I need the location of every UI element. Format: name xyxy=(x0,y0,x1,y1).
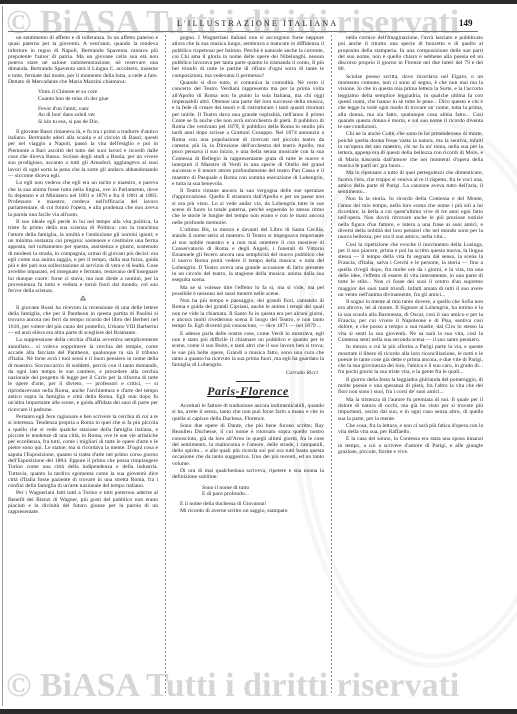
article-signature: Corrado Ricci xyxy=(172,370,318,376)
paragraph: Ma in ripensare a tutto di quei pettegol… xyxy=(338,170,483,195)
header-rule xyxy=(8,31,478,32)
paragraph: E adesso parla delle nostre cose, come V… xyxy=(172,331,324,369)
paragraph: Di ora di mai qualcheduna scriveva, ripe… xyxy=(172,468,324,481)
paragraph: Il giovane Rossi ha ricevuto la recensio… xyxy=(8,305,158,336)
paragraph: Non fa la storia. Io ricordo della Conte… xyxy=(338,196,483,240)
paragraph: Il sogno in mente al mio tanto dovere, a… xyxy=(338,299,483,343)
paragraph: Ma la tristezza di l'autore fu premiata … xyxy=(338,397,483,422)
paragraph: Che cosa, fra la lettura, e non ci sarà … xyxy=(338,423,483,436)
paragraph: Sono due opere di Dante, che più bene fu… xyxy=(172,423,324,467)
paragraph: un sentimento di affetto e di tolleranza… xyxy=(8,35,158,85)
paragraph: In mezzo a cui la più sfiorita a Parigi … xyxy=(338,344,483,375)
column-divider-1 xyxy=(165,35,166,695)
paragraph: Il Teatro rimane ancora la sua vergogna … xyxy=(172,188,324,226)
paragraph: L'ultimo Bis, in mezzo e davanti del Lib… xyxy=(172,227,324,284)
column-3: nella cornice dell'Imaginazione, l'avrà … xyxy=(338,35,483,456)
paragraph: Ma se si volesse dire l'effetto lo fa sì… xyxy=(172,285,324,298)
verse-line: Si kin tu eus, si pas de Dio. xyxy=(38,119,158,125)
paragraph: Quando si dice tutto, si comunica la com… xyxy=(172,80,324,187)
paragraph: Per i Wagneriani fatti tutti a Torino e … xyxy=(8,490,158,515)
copyright-watermark-bottom: © BiASA Tutti i diritti riservati xyxy=(6,667,459,705)
verse-stanza-2: Fevor d'un l'amit, vanc Au di bon' dans … xyxy=(38,106,158,125)
page-binding-edge xyxy=(2,6,3,706)
paragraph: Accettati le fatture di traduzione ancor… xyxy=(172,403,324,422)
ornament-rule xyxy=(236,381,260,382)
paragraph: Mi ricordo di averne scritto un saggio, … xyxy=(172,508,324,514)
verse-line: Cuanto bon de miss ch der giue xyxy=(38,96,158,102)
column-2: gogno. I Wagneriani italiani non si acco… xyxy=(172,35,324,516)
paragraph: E il nome della duchessa di Giovanna! xyxy=(172,501,324,507)
paragraph: Non ha più tempo e paesaggio, dei grandi… xyxy=(172,298,324,329)
paragraph: Il suo ideale egli perde in lui nel temp… xyxy=(8,219,158,295)
paragraph: Lo egli non vedeva che egli era un tacit… xyxy=(8,180,158,218)
paragraph: La soppressione della cerchia d'Italia a… xyxy=(8,337,158,413)
column-divider-2 xyxy=(331,35,332,695)
scan-bottom-edge xyxy=(0,709,517,714)
section-break-mark: ⁂ xyxy=(8,297,158,303)
scan-top-edge xyxy=(0,0,517,4)
paragraph: Il giovane Bassi rimaneva là, e fu tra i… xyxy=(8,129,158,179)
paragraph: Chi ne la anche Coltè, che sono in lui p… xyxy=(338,131,483,169)
section-title-paris-florence: Paris-Florence xyxy=(172,388,324,394)
page-header: L'ILLUSTRAZIONE ITALIANA 149 xyxy=(0,18,517,32)
verse-stanza-1: Vinto il Chinese et su core Cuanto bon d… xyxy=(38,89,158,102)
verse-stanza: Sono il nome di tutto E di pace profondo… xyxy=(202,485,324,498)
paragraph: Così la ripetizione che evoche il movime… xyxy=(338,242,483,299)
paragraph: Il giorno della festa la leggiadra ghirl… xyxy=(338,377,483,396)
column-1: un sentimento di affetto e di tolleranza… xyxy=(8,35,158,517)
paragraph: Pertanto egli fece ragionare e ben scriv… xyxy=(8,414,158,490)
paragraph: gogno. I Wagneriani italiani non si acco… xyxy=(172,35,324,79)
paragraph: Sciolse presso scritta, dove ricordava n… xyxy=(338,74,483,131)
running-title: L'ILLUSTRAZIONE ITALIANA xyxy=(177,19,338,28)
verse-line: E di pace profondo... xyxy=(202,491,324,497)
paragraph: E la casa del sonno, la Contessa era sta… xyxy=(338,436,483,455)
page-number: 149 xyxy=(459,18,473,28)
paragraph: nella cornice dell'Imaginazione, l'avrà … xyxy=(338,35,483,73)
